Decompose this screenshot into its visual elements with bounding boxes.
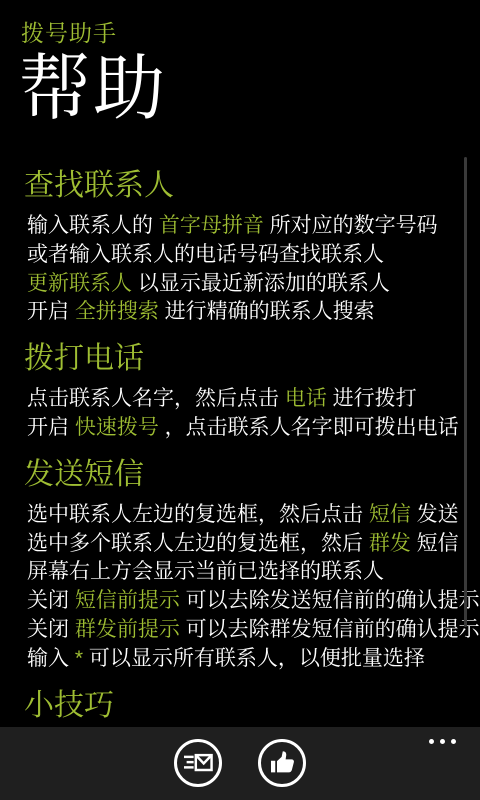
help-text: 可以去除群发短信前的确认提示 (180, 618, 480, 641)
help-text: 所对应的数字号码 (264, 214, 438, 237)
ellipsis-dot (429, 739, 434, 744)
page-title: 帮助 (19, 50, 480, 128)
send-feedback-button[interactable] (174, 739, 222, 787)
section-title: 拨打电话 (24, 341, 470, 377)
help-text: 可以显示所有联系人，以便批量选择 (83, 647, 425, 670)
help-sections: 查找联系人输入联系人的 首字母拼音 所对应的数字号码或者输入联系人的电话号码查找… (24, 168, 470, 760)
help-line: 开启 快速拨号 ，点击联系人名字即可拨出电话 (24, 414, 470, 443)
help-text: 发送 (411, 503, 459, 526)
keyword-highlight: 群发 (369, 532, 411, 555)
app-title: 拨号助手 (21, 20, 480, 46)
app-bar (0, 727, 480, 800)
keyword-highlight: 群发前提示 (75, 618, 180, 641)
help-line: 输入 * 可以显示所有联系人，以便批量选择 (24, 645, 470, 674)
help-line: 或者输入联系人的电话号码查找联系人 (24, 241, 470, 270)
help-section: 查找联系人输入联系人的 首字母拼音 所对应的数字号码或者输入联系人的电话号码查找… (24, 168, 470, 327)
help-text: 关闭 (27, 618, 75, 641)
help-text: 点击联系人名字，然后点击 (27, 387, 285, 410)
help-line: 关闭 短信前提示 可以去除发送短信前的确认提示 (24, 587, 470, 616)
help-line: 屏幕右上方会显示当前已选择的联系人 (24, 558, 470, 587)
keyword-highlight: 首字母拼音 (159, 214, 264, 237)
help-text: 以显示最近新添加的联系人 (132, 272, 390, 295)
keyword-highlight: 全拼搜索 (75, 300, 159, 323)
section-title: 发送短信 (24, 457, 470, 493)
section-title: 小技巧 (24, 688, 470, 724)
help-line: 点击联系人名字，然后点击 电话 进行拨打 (24, 385, 470, 414)
app-bar-buttons (0, 739, 480, 787)
rate-button[interactable] (258, 739, 306, 787)
page-header: 拨号助手 帮助 (0, 0, 480, 128)
help-text: 进行精确的联系人搜索 (159, 300, 375, 323)
help-section: 发送短信选中联系人左边的复选框，然后点击 短信 发送选中多个联系人左边的复选框，… (24, 457, 470, 674)
help-text: 开启 (27, 300, 75, 323)
help-line: 更新联系人 以显示最近新添加的联系人 (24, 270, 470, 299)
keyword-highlight: 短信前提示 (75, 589, 180, 612)
ellipsis-dot (440, 739, 445, 744)
help-text: 输入 (27, 647, 75, 670)
help-text: 进行拨打 (327, 387, 417, 410)
help-text: 可以去除发送短信前的确认提示 (180, 589, 480, 612)
help-line: 开启 全拼搜索 进行精确的联系人搜索 (24, 298, 470, 327)
help-line: 选中多个联系人左边的复选框，然后 群发 短信 (24, 530, 470, 559)
keyword-highlight: 更新联系人 (27, 272, 132, 295)
help-text: 选中联系人左边的复选框，然后点击 (27, 503, 369, 526)
send-mail-icon (177, 742, 219, 784)
help-text: 或者输入联系人的电话号码查找联系人 (27, 243, 384, 266)
help-text: 关闭 (27, 589, 75, 612)
scrollbar[interactable] (464, 157, 467, 627)
help-text: 屏幕右上方会显示当前已选择的联系人 (27, 560, 384, 583)
ellipsis-dot (451, 739, 456, 744)
help-text: 选中多个联系人左边的复选框，然后 (27, 532, 369, 555)
help-line: 选中联系人左边的复选框，然后点击 短信 发送 (24, 501, 470, 530)
keyword-highlight: * (75, 647, 83, 670)
help-text: 输入联系人的 (27, 214, 159, 237)
help-line: 关闭 群发前提示 可以去除群发短信前的确认提示 (24, 616, 470, 645)
keyword-highlight: 短信 (369, 503, 411, 526)
help-text: 开启 (27, 416, 75, 439)
help-section: 拨打电话点击联系人名字，然后点击 电话 进行拨打开启 快速拨号 ，点击联系人名字… (24, 341, 470, 443)
help-text: ，点击联系人名字即可拨出电话 (159, 416, 459, 439)
more-icon[interactable] (423, 733, 462, 750)
help-line: 输入联系人的 首字母拼音 所对应的数字号码 (24, 212, 470, 241)
keyword-highlight: 快速拨号 (75, 416, 159, 439)
section-title: 查找联系人 (24, 168, 470, 204)
keyword-highlight: 电话 (285, 387, 327, 410)
thumbs-up-icon (267, 748, 297, 778)
help-text: 短信 (411, 532, 459, 555)
